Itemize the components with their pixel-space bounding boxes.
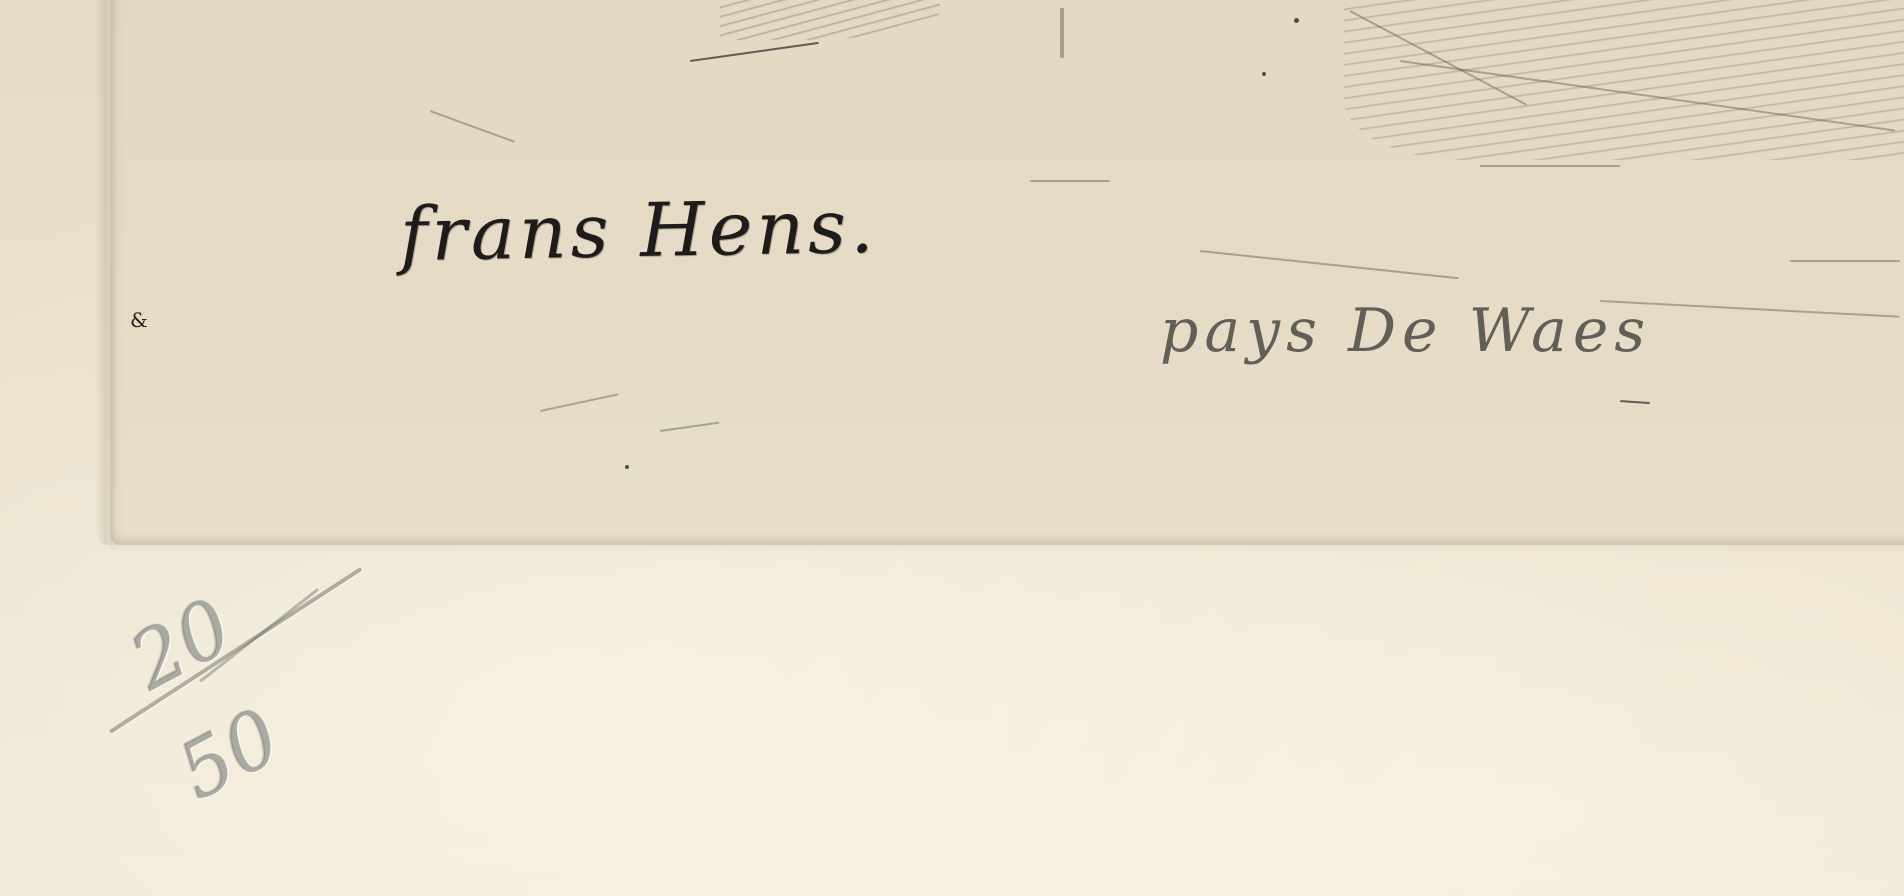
ink-dot — [625, 465, 629, 469]
etched-stroke — [1060, 8, 1064, 58]
artist-signature: frans Hens. — [399, 184, 878, 278]
edition-number: 20 50 — [110, 600, 370, 860]
etched-stroke — [1480, 165, 1620, 167]
ink-dot — [1294, 18, 1299, 23]
paper-sheet: & frans Hens. pays De Waes 20 50 — [0, 0, 1904, 896]
plate-edge-left — [95, 0, 117, 545]
margin-mark: & — [130, 308, 148, 332]
edition-total-value: 50 — [165, 692, 295, 818]
etched-stroke — [1790, 260, 1900, 262]
etched-stroke — [1030, 180, 1110, 182]
etched-hatching-right — [1344, 0, 1904, 160]
edition-number-value: 20 — [117, 582, 247, 708]
artwork-title-inscription: pays De Waes — [1160, 296, 1651, 366]
plate-edge-bottom — [110, 535, 1904, 553]
ink-dot — [1262, 72, 1266, 76]
